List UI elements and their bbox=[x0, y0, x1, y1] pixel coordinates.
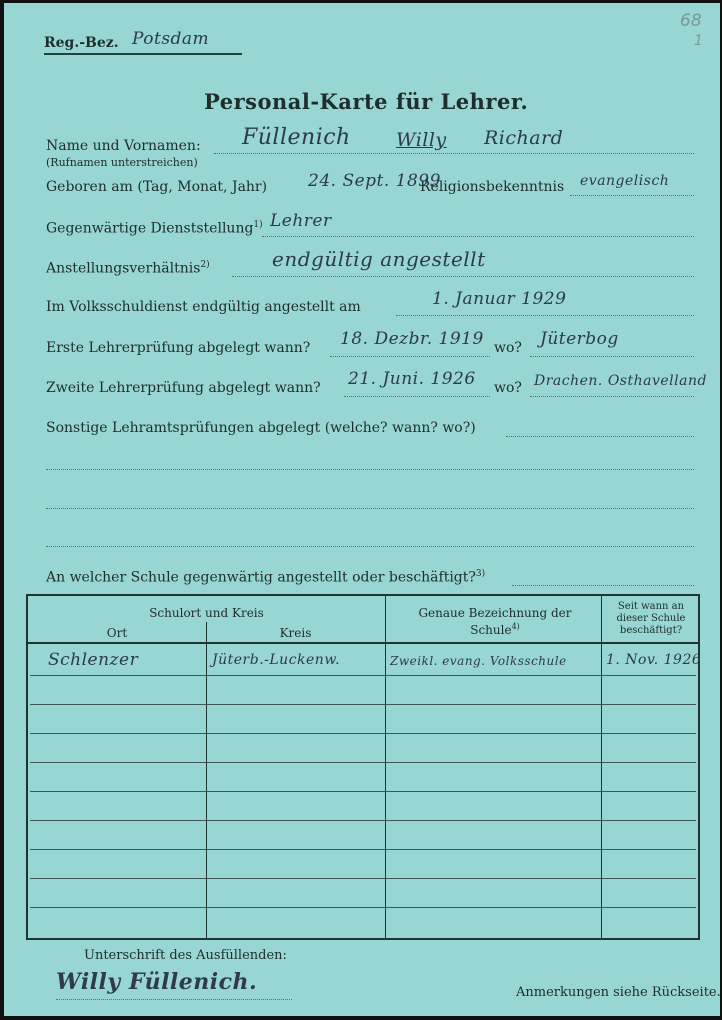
second-exam-when-value: 21. Juni. 1926 bbox=[348, 369, 476, 389]
first-exam-when-value: 18. Dezbr. 1919 bbox=[340, 329, 484, 349]
archive-number: 68 bbox=[680, 11, 702, 31]
birth-label: Geboren am (Tag, Monat, Jahr) bbox=[46, 179, 267, 195]
cell-seit: 1. Nov. 1926 bbox=[606, 652, 701, 668]
first-exam-when-line bbox=[330, 356, 490, 357]
col-divider-3 bbox=[601, 596, 602, 938]
reg-bez-value: Potsdam bbox=[132, 29, 209, 49]
employment-value: endgültig angestellt bbox=[272, 247, 486, 271]
page-title: Personal-Karte für Lehrer. bbox=[204, 89, 528, 114]
footer-note: Anmerkungen siehe Rückseite. bbox=[516, 985, 721, 1000]
religion-value: evangelisch bbox=[580, 173, 669, 189]
header-seit: Seit wann an dieser Schule beschäftigt? bbox=[606, 601, 696, 637]
header-rule bbox=[28, 642, 698, 644]
other-exams-line-3 bbox=[46, 508, 694, 509]
row-rule bbox=[30, 762, 696, 763]
row-rule bbox=[30, 849, 696, 850]
current-school-line bbox=[512, 585, 694, 586]
first-exam-where-value: Jüterbog bbox=[540, 329, 619, 349]
religion-label: Religionsbekenntnis bbox=[420, 179, 564, 195]
employment-label: Anstellungsverhältnis2) bbox=[46, 260, 210, 277]
cell-ort: Schlenzer bbox=[48, 650, 138, 670]
row-rule bbox=[30, 675, 696, 676]
ort-kreis-divider bbox=[206, 622, 207, 938]
second-exam-label: Zweite Lehrerprüfung abgelegt wann? bbox=[46, 380, 321, 396]
position-line bbox=[262, 236, 694, 237]
name-label: Name und Vornamen: bbox=[46, 138, 201, 154]
employment-line bbox=[232, 276, 694, 277]
second-exam-where-value: Drachen. Osthavelland bbox=[534, 373, 707, 389]
signature-label: Unterschrift des Ausfüllenden: bbox=[84, 948, 287, 963]
header-schule: Genaue Bezeichnung der Schule4) bbox=[400, 606, 590, 637]
other-exams-line-4 bbox=[46, 546, 694, 547]
header-ort: Ort bbox=[28, 626, 206, 640]
current-school-label: An welcher Schule gegenwärtig angestellt… bbox=[46, 569, 485, 586]
other-exams-line-2 bbox=[46, 469, 694, 470]
row-rule bbox=[30, 878, 696, 879]
signature-value: Willy Füllenich. bbox=[56, 969, 257, 995]
first-exam-where-line bbox=[530, 356, 694, 357]
position-value: Lehrer bbox=[270, 211, 332, 231]
reg-bez-label: Reg.-Bez. bbox=[44, 35, 119, 51]
other-exams-line-1 bbox=[506, 436, 694, 437]
permanent-label: Im Volksschuldienst endgültig angestellt… bbox=[46, 299, 361, 315]
second-exam-where-label: wo? bbox=[494, 380, 522, 396]
row-rule bbox=[30, 820, 696, 821]
name-given2-value: Richard bbox=[484, 127, 563, 149]
cell-kreis: Jüterb.-Luckenw. bbox=[212, 652, 340, 668]
cell-schule: Zweikl. evang. Volksschule bbox=[390, 654, 567, 668]
row-rule bbox=[30, 733, 696, 734]
school-table: Schulort und Kreis Ort Kreis Genaue Beze… bbox=[26, 594, 700, 940]
position-label: Gegenwärtige Dienststellung1) bbox=[46, 220, 263, 237]
permanent-value: 1. Januar 1929 bbox=[432, 289, 566, 309]
permanent-line bbox=[396, 315, 694, 316]
name-surname-value: Füllenich bbox=[242, 125, 351, 150]
signature-line bbox=[56, 999, 292, 1000]
col-divider-2 bbox=[385, 596, 386, 938]
name-sublabel: (Rufnamen unterstreichen) bbox=[46, 156, 198, 169]
header-kreis: Kreis bbox=[206, 626, 385, 640]
second-exam-where-line bbox=[530, 396, 694, 397]
row-rule bbox=[30, 907, 696, 908]
name-line bbox=[214, 153, 694, 154]
other-exams-label: Sonstige Lehramtsprüfungen abgelegt (wel… bbox=[46, 420, 476, 436]
personnel-card: 68 1 Reg.-Bez. Potsdam Personal-Karte fü… bbox=[4, 3, 720, 1016]
header-schulort-kreis: Schulort und Kreis bbox=[28, 606, 385, 620]
religion-line bbox=[570, 195, 694, 196]
archive-sub-number: 1 bbox=[694, 33, 703, 49]
first-exam-label: Erste Lehrerprüfung abgelegt wann? bbox=[46, 340, 310, 356]
first-exam-where-label: wo? bbox=[494, 340, 522, 356]
row-rule bbox=[30, 704, 696, 705]
reg-bez-underline bbox=[44, 53, 242, 55]
row-rule bbox=[30, 791, 696, 792]
name-given-value: Willy bbox=[396, 129, 447, 151]
second-exam-when-line bbox=[344, 396, 490, 397]
